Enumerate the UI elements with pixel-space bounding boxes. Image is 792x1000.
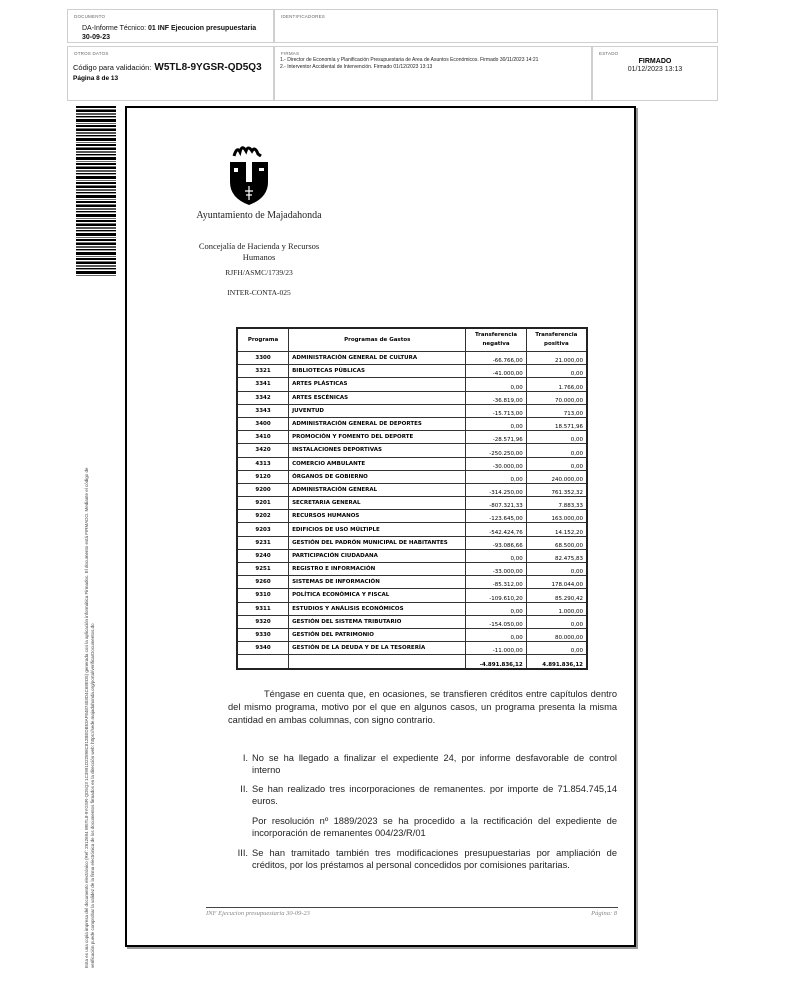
list-item-continuation: Por resolución nº 1889/2023 se ha proced… <box>252 815 617 839</box>
table-row: 9120ÓRGANOS DE GOBIERNO0,00240.000,00 <box>237 470 587 483</box>
program-code: 3420 <box>237 444 289 457</box>
positive-transfer: 0,00 <box>526 642 587 655</box>
program-name: RECURSOS HUMANOS <box>289 510 466 523</box>
positive-transfer: 713,00 <box>526 404 587 417</box>
table-row: 3300ADMINISTRACIÓN GENERAL DE CULTURA-66… <box>237 352 587 365</box>
status-date: 01/12/2023 13:13 <box>593 66 717 73</box>
negative-transfer: -33.000,00 <box>466 563 526 576</box>
reference-2: INTER-CONTA-025 <box>190 288 328 297</box>
positive-transfer: 85.290,42 <box>526 589 587 602</box>
header-programa: Programa <box>237 328 289 352</box>
program-name: GESTIÓN DE LA DEUDA Y DE LA TESORERÍA <box>289 642 466 655</box>
negative-transfer: -250.250,00 <box>466 444 526 457</box>
positive-transfer: 21.000,00 <box>526 352 587 365</box>
table-row: 9202RECURSOS HUMANOS-123.645,00163.000,0… <box>237 510 587 523</box>
program-code: 3343 <box>237 404 289 417</box>
program-code: 9251 <box>237 563 289 576</box>
negative-transfer: 0,00 <box>466 549 526 562</box>
negative-transfer: -93.086,66 <box>466 536 526 549</box>
positive-transfer: 14.152,20 <box>526 523 587 536</box>
positive-transfer: 7.883,33 <box>526 497 587 510</box>
footer-page-number: Página: 8 <box>591 910 617 917</box>
program-code: 9200 <box>237 483 289 496</box>
program-code: 3410 <box>237 431 289 444</box>
majadahonda-coat-of-arms-icon <box>228 142 270 206</box>
negative-transfer: -36.819,00 <box>466 391 526 404</box>
organization-name: Ayuntamiento de Majadahonda <box>190 210 328 222</box>
barcode-image <box>76 106 116 276</box>
validation-code-value[interactable]: W5TL8-9YGSR-QD5Q3 <box>154 62 261 73</box>
table-row: 4313COMERCIO AMBULANTE-30.000,000,00 <box>237 457 587 470</box>
positive-transfer: 68.500,00 <box>526 536 587 549</box>
firmas-caption: FIRMAS <box>281 51 299 56</box>
positive-transfer: 18.571,96 <box>526 417 587 430</box>
signature-1: 1.- Director de Economía y Planificación… <box>280 57 538 64</box>
program-name: ADMINISTRACIÓN GENERAL DE DEPORTES <box>289 417 466 430</box>
negative-transfer: -28.571,96 <box>466 431 526 444</box>
positive-transfer: 0,00 <box>526 457 587 470</box>
table-row: 9231GESTIÓN DEL PADRÓN MUNICIPAL DE HABI… <box>237 536 587 549</box>
negative-transfer: 0,00 <box>466 378 526 391</box>
body-paragraph: Téngase en cuenta que, en ocasiones, se … <box>228 688 617 728</box>
table-row: 9200ADMINISTRACIÓN GENERAL-314.250,00761… <box>237 483 587 496</box>
negative-transfer: -542.424,76 <box>466 523 526 536</box>
negative-transfer: -154.050,00 <box>466 615 526 628</box>
budget-transfers-table: Programa Programas de Gastos Transferenc… <box>236 327 588 670</box>
program-name: ESTUDIOS Y ANÁLISIS ECONÓMICOS <box>289 602 466 615</box>
positive-transfer: 0,00 <box>526 365 587 378</box>
table-row: 9201SECRETARIA GENERAL-807.321,337.883,3… <box>237 497 587 510</box>
positive-transfer: 0,00 <box>526 444 587 457</box>
table-row: 9240PARTICIPACIÓN CIUDADANA0,0082.475,83 <box>237 549 587 562</box>
document-title-prefix: DA-Informe Técnico: <box>82 25 148 32</box>
program-code: 3300 <box>237 352 289 365</box>
negative-transfer: 0,00 <box>466 417 526 430</box>
program-code: 3341 <box>237 378 289 391</box>
status-badge: FIRMADO <box>593 58 717 65</box>
list-item-number: III. <box>226 847 248 859</box>
program-name: SISTEMAS DE INFORMACIÓN <box>289 576 466 589</box>
program-code: 3321 <box>237 365 289 378</box>
program-code: 9311 <box>237 602 289 615</box>
program-name: BIBLIOTECAS PÚBLICAS <box>289 365 466 378</box>
negative-transfer: -15.713,00 <box>466 404 526 417</box>
list-item: I.No se ha llegado a finalizar el expedi… <box>252 752 617 776</box>
program-name: COMERCIO AMBULANTE <box>289 457 466 470</box>
side-text-line-2: verificación puede comprobar la validez … <box>90 298 96 968</box>
header-programas-gastos: Programas de Gastos <box>289 328 466 352</box>
positive-transfer: 1.766,00 <box>526 378 587 391</box>
footer-document-name: INF Ejecucion presupuestaria 30-09-23 <box>206 910 310 917</box>
positive-transfer: 80.000,00 <box>526 628 587 641</box>
firmas-box: FIRMAS 1.- Director de Economía y Planif… <box>274 46 592 101</box>
program-name: ARTES PLÁSTICAS <box>289 378 466 391</box>
validation-code: Código para validación:W5TL8-9YGSR-QD5Q3 <box>73 62 262 73</box>
otros-datos-box: OTROS DATOS Código para validación:W5TL8… <box>67 46 274 101</box>
program-name: POLÍTICA ECONÓMICA Y FISCAL <box>289 589 466 602</box>
table-total-row: -4.891.836,124.891.836,12 <box>237 655 587 669</box>
table-row: 3400ADMINISTRACIÓN GENERAL DE DEPORTES0,… <box>237 417 587 430</box>
table-row: 9260SISTEMAS DE INFORMACIÓN-85.312,00178… <box>237 576 587 589</box>
program-name: REGISTRO E INFORMACIÓN <box>289 563 466 576</box>
page-count: Página 8 de 13 <box>73 75 118 82</box>
program-name: EDIFICIOS DE USO MÚLTIPLE <box>289 523 466 536</box>
negative-transfer: -807.321,33 <box>466 497 526 510</box>
signature-2: 2.- Interventor Accidental de Intervenci… <box>280 64 538 71</box>
positive-transfer: 0,00 <box>526 563 587 576</box>
validation-code-label: Código para validación: <box>73 63 151 72</box>
program-name: GESTIÓN DEL PATRIMONIO <box>289 628 466 641</box>
documento-box: DOCUMENTO DA-Informe Técnico: 01 INF Eje… <box>67 9 274 43</box>
table-row: 9310POLÍTICA ECONÓMICA Y FISCAL-109.610,… <box>237 589 587 602</box>
program-code: 3400 <box>237 417 289 430</box>
negative-transfer: -41.000,00 <box>466 365 526 378</box>
program-code: 4313 <box>237 457 289 470</box>
program-code: 9120 <box>237 470 289 483</box>
positive-transfer: 1.000,00 <box>526 602 587 615</box>
table-row: 3410PROMOCIÓN Y FOMENTO DEL DEPORTE-28.5… <box>237 431 587 444</box>
negative-transfer: 0,00 <box>466 628 526 641</box>
document-title: DA-Informe Técnico: 01 INF Ejecucion pre… <box>82 24 262 42</box>
identificadores-box: IDENTIFICADORES <box>274 9 718 43</box>
positive-transfer: 0,00 <box>526 431 587 444</box>
negative-transfer: -314.250,00 <box>466 483 526 496</box>
negative-transfer: -11.000,00 <box>466 642 526 655</box>
list-item-number: II. <box>226 783 248 795</box>
table-row: 3343JUVENTUD-15.713,00713,00 <box>237 404 587 417</box>
list-item-text: Por resolución nº 1889/2023 se ha proced… <box>252 816 617 838</box>
negative-transfer: 0,00 <box>466 470 526 483</box>
verification-side-text: Esta es una copia impresa del documento … <box>84 298 96 968</box>
program-name: ÓRGANOS DE GOBIERNO <box>289 470 466 483</box>
program-code <box>237 655 289 669</box>
positive-transfer: 761.352,32 <box>526 483 587 496</box>
documento-caption: DOCUMENTO <box>74 14 105 19</box>
table-header-row: Programa Programas de Gastos Transferenc… <box>237 328 587 352</box>
estado-caption: ESTADO <box>599 51 618 56</box>
list-item-text: No se ha llegado a finalizar el expedien… <box>252 753 617 775</box>
table-row: 3342ARTES ESCÉNICAS-36.819,0070.000,00 <box>237 391 587 404</box>
program-name: ADMINISTRACIÓN GENERAL DE CULTURA <box>289 352 466 365</box>
program-code: 9202 <box>237 510 289 523</box>
list-item-number: I. <box>226 752 248 764</box>
program-code: 9310 <box>237 589 289 602</box>
table-row: 9311ESTUDIOS Y ANÁLISIS ECONÓMICOS0,001.… <box>237 602 587 615</box>
header-transferencia-negativa: Transferencia negativa <box>466 328 526 352</box>
program-code: 9320 <box>237 615 289 628</box>
negative-transfer: -109.610,20 <box>466 589 526 602</box>
negative-transfer: -85.312,00 <box>466 576 526 589</box>
program-name: PARTICIPACIÓN CIUDADANA <box>289 549 466 562</box>
department-name: Concejalía de Hacienda y Recursos Humano… <box>190 241 328 263</box>
table-row: 9320GESTIÓN DEL SISTEMA TRIBUTARIO-154.0… <box>237 615 587 628</box>
table-row: 9340GESTIÓN DE LA DEUDA Y DE LA TESORERÍ… <box>237 642 587 655</box>
otros-caption: OTROS DATOS <box>74 51 109 56</box>
program-code: 9260 <box>237 576 289 589</box>
negative-transfer: -4.891.836,12 <box>466 655 526 669</box>
program-name: INSTALACIONES DEPORTIVAS <box>289 444 466 457</box>
positive-transfer: 0,00 <box>526 615 587 628</box>
program-code: 9330 <box>237 628 289 641</box>
program-code: 3342 <box>237 391 289 404</box>
list-item-text: Se han realizado tres incorporaciones de… <box>252 784 617 806</box>
program-name: ARTES ESCÉNICAS <box>289 391 466 404</box>
positive-transfer: 240.000,00 <box>526 470 587 483</box>
positive-transfer: 178.044,00 <box>526 576 587 589</box>
estado-box: ESTADO FIRMADO 01/12/2023 13:13 <box>592 46 718 101</box>
positive-transfer: 163.000,00 <box>526 510 587 523</box>
positive-transfer: 82.475,83 <box>526 549 587 562</box>
signatures-list: 1.- Director de Economía y Planificación… <box>280 57 538 71</box>
negative-transfer: 0,00 <box>466 602 526 615</box>
negative-transfer: -123.645,00 <box>466 510 526 523</box>
footer-divider <box>206 907 618 908</box>
program-name <box>289 655 466 669</box>
program-name: PROMOCIÓN Y FOMENTO DEL DEPORTE <box>289 431 466 444</box>
list-item: II.Se han realizado tres incorporaciones… <box>252 783 617 807</box>
program-name: ADMINISTRACIÓN GENERAL <box>289 483 466 496</box>
program-name: JUVENTUD <box>289 404 466 417</box>
header-transferencia-positiva: Transferencia positiva <box>526 328 587 352</box>
program-code: 9340 <box>237 642 289 655</box>
table-row: 9203EDIFICIOS DE USO MÚLTIPLE-542.424,76… <box>237 523 587 536</box>
negative-transfer: -66.766,00 <box>466 352 526 365</box>
negative-transfer: -30.000,00 <box>466 457 526 470</box>
table-row: 9251REGISTRO E INFORMACIÓN-33.000,000,00 <box>237 563 587 576</box>
program-code: 9240 <box>237 549 289 562</box>
reference-1: RJFH/ASMC/1739/23 <box>190 268 328 277</box>
identificadores-caption: IDENTIFICADORES <box>281 14 325 19</box>
program-name: GESTIÓN DEL SISTEMA TRIBUTARIO <box>289 615 466 628</box>
table-row: 3321BIBLIOTECAS PÚBLICAS-41.000,000,00 <box>237 365 587 378</box>
program-code: 9231 <box>237 536 289 549</box>
positive-transfer: 4.891.836,12 <box>526 655 587 669</box>
positive-transfer: 70.000,00 <box>526 391 587 404</box>
table-row: 3341ARTES PLÁSTICAS0,001.766,00 <box>237 378 587 391</box>
list-item-text: Se han tramitado también tres modificaci… <box>252 848 617 870</box>
program-code: 9203 <box>237 523 289 536</box>
list-item: III.Se han tramitado también tres modifi… <box>252 847 617 871</box>
program-name: GESTIÓN DEL PADRÓN MUNICIPAL DE HABITANT… <box>289 536 466 549</box>
table-row: 9330GESTIÓN DEL PATRIMONIO0,0080.000,00 <box>237 628 587 641</box>
program-name: SECRETARIA GENERAL <box>289 497 466 510</box>
program-code: 9201 <box>237 497 289 510</box>
table-row: 3420INSTALACIONES DEPORTIVAS-250.250,000… <box>237 444 587 457</box>
